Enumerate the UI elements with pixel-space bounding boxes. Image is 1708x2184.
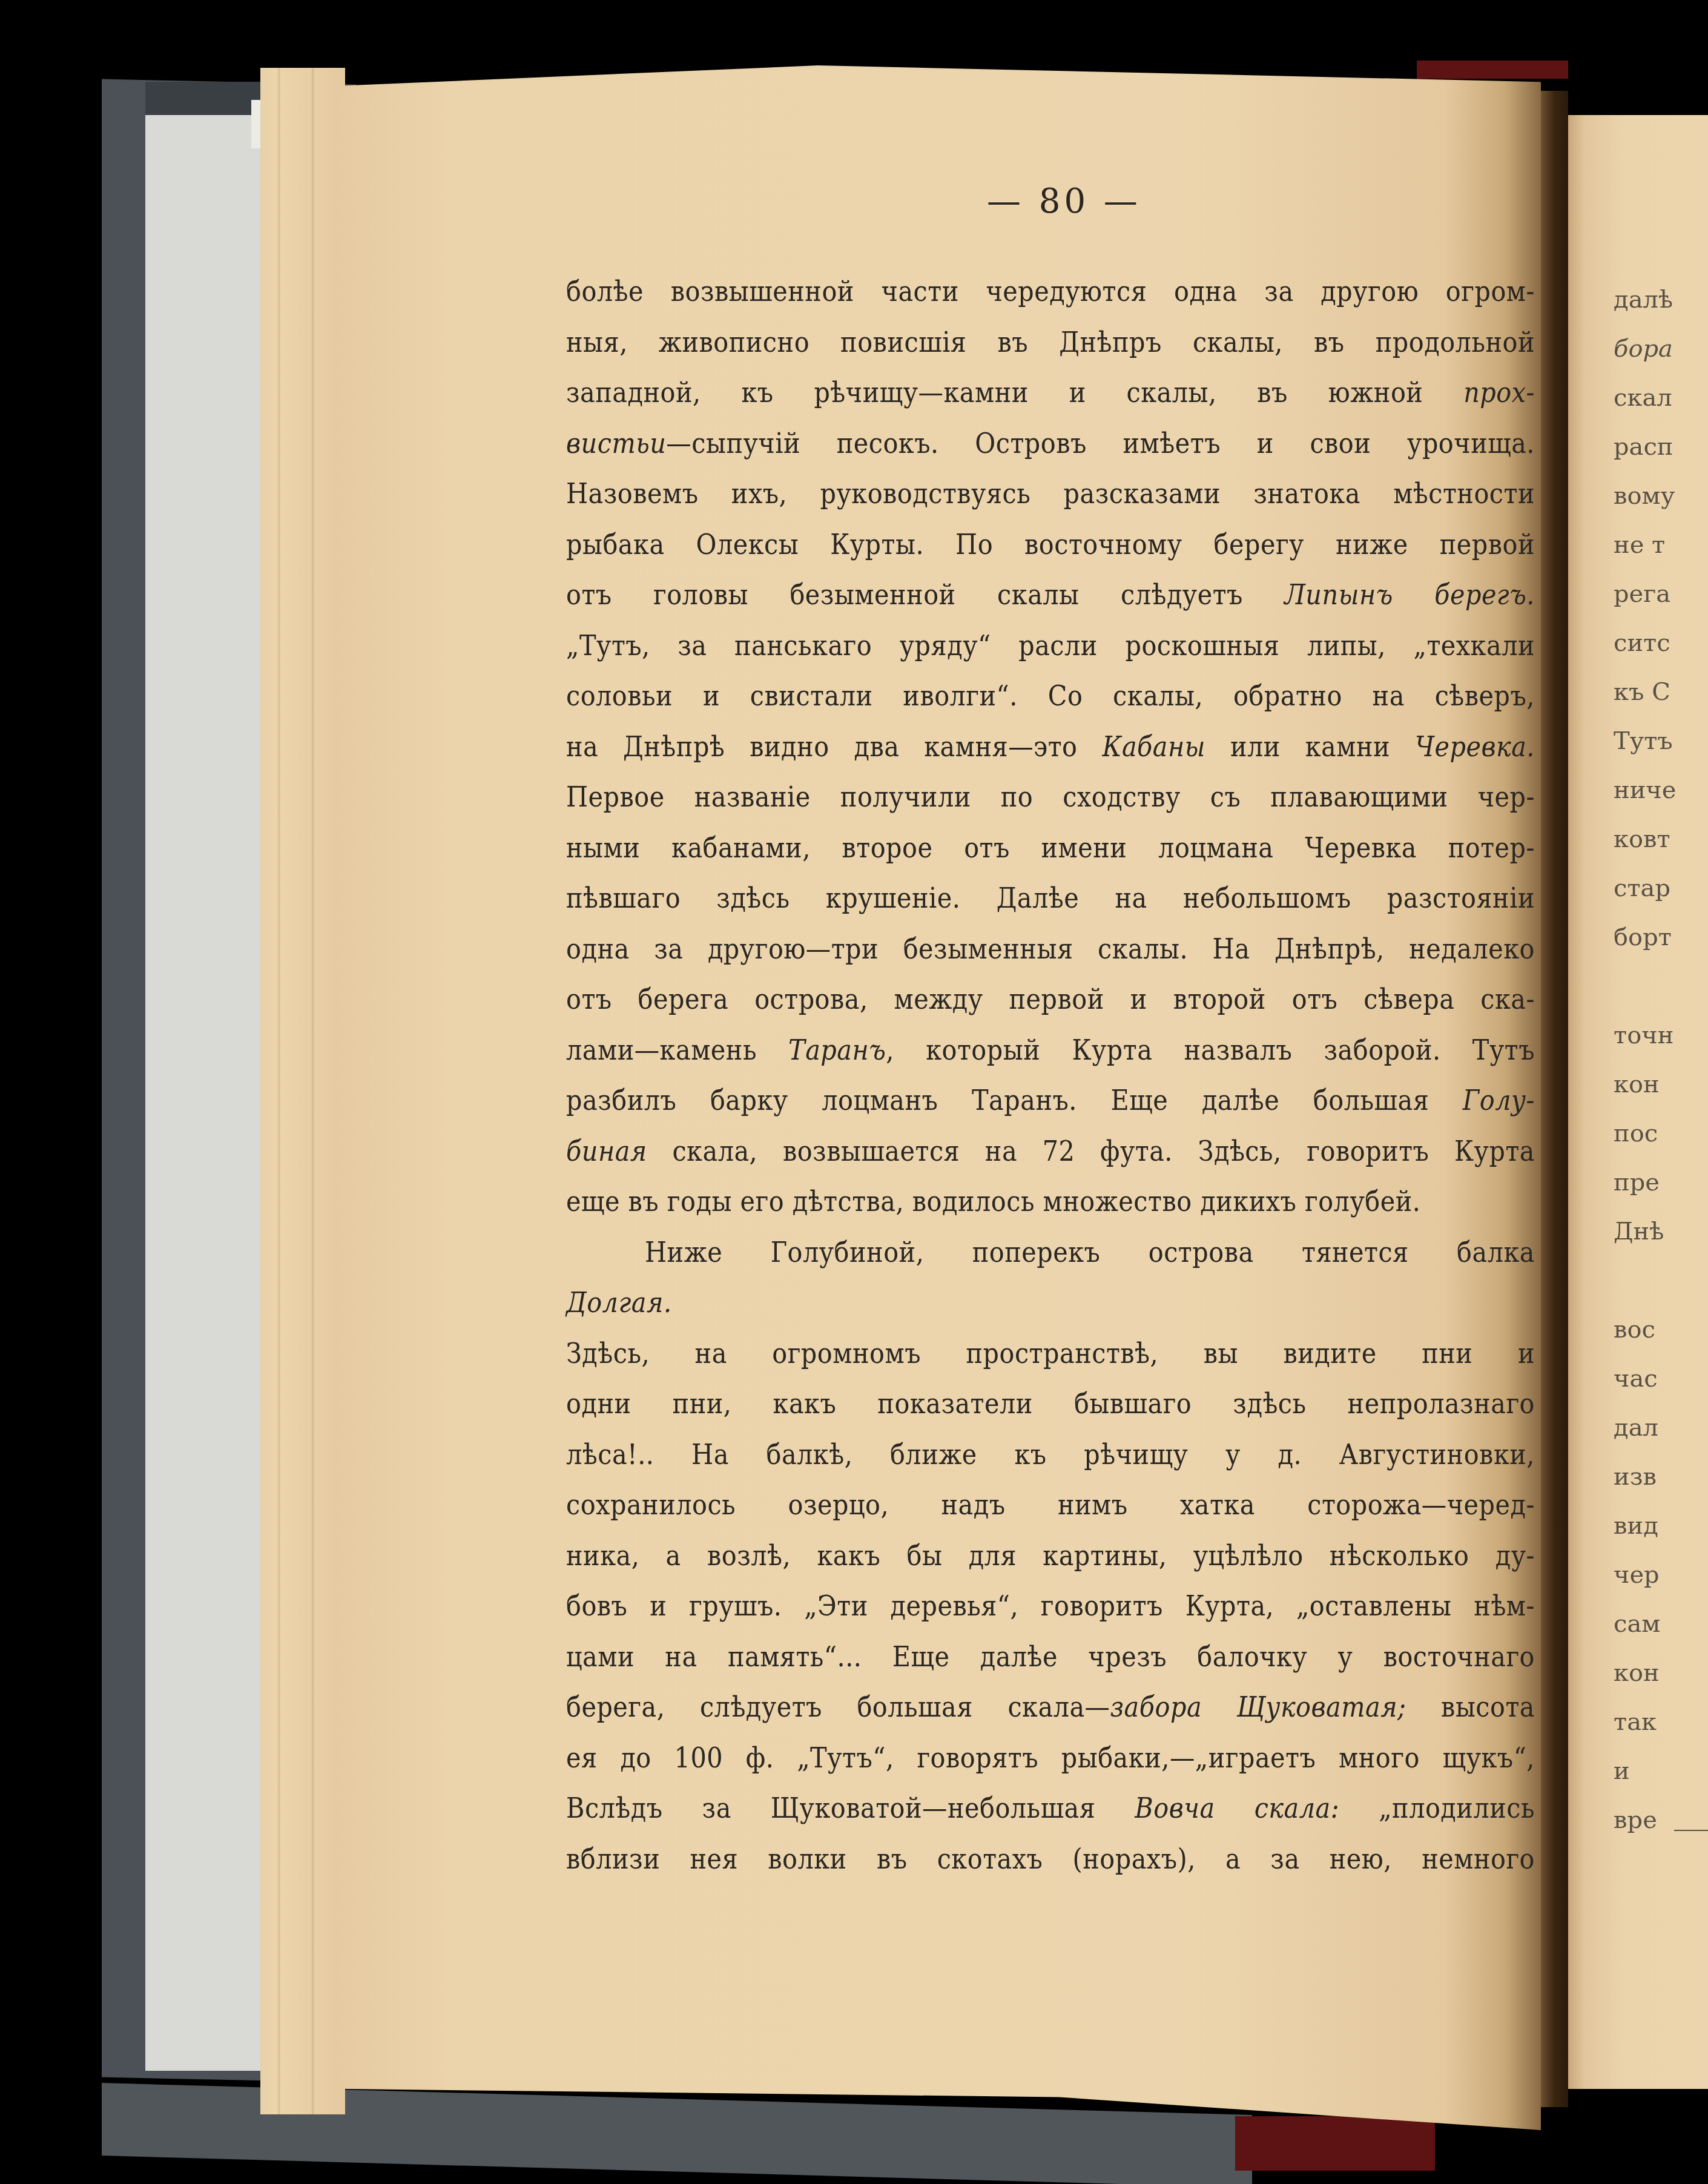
text-run: , который Курта назвалъ заборой. Тутъ [886, 1034, 1535, 1066]
text-line: Вслѣдъ за Щуковатой—небольшая Вовча скал… [566, 1783, 1535, 1834]
right-page-text-fragments: далѣбораскалраспвомуне трегаситскъ СТутъ… [1614, 275, 1676, 1845]
right-page-line-fragment: бора [1614, 325, 1676, 374]
page-body-text: болѣе возвышенной части чередуются одна … [566, 266, 1535, 1884]
italic-term: забора Щуковатая; [1110, 1691, 1406, 1723]
right-page-line-fragment: борт [1614, 913, 1676, 962]
text-run: одни пни, какъ показатели бывшаго здѣсь … [566, 1387, 1535, 1420]
text-run: на Днѣпрѣ видно два камня—это [566, 730, 1102, 763]
text-line: лѣса!.. На балкѣ, ближе къ рѣчищу у д. А… [566, 1430, 1535, 1480]
text-line: цами на память“... Еще далѣе чрезъ балоч… [566, 1632, 1535, 1683]
right-page-line-fragment: изв [1614, 1453, 1676, 1502]
right-page-line-fragment: далѣ [1614, 275, 1676, 325]
italic-term: прох- [1463, 376, 1535, 409]
text-line: отъ головы безыменной скалы слѣдуетъ Лип… [566, 570, 1535, 621]
text-line: сохранилось озерцо, надъ нимъ хатка стор… [566, 1480, 1535, 1531]
gutter [1541, 91, 1568, 2107]
text-line: Долгая. [566, 1278, 1535, 1328]
text-line: Здѣсь, на огромномъ пространствѣ, вы вид… [566, 1328, 1535, 1379]
text-line: соловьи и свистали иволги“. Со скалы, об… [566, 671, 1535, 722]
right-page-line-fragment: сам [1614, 1600, 1676, 1649]
right-page-line-fragment: ситс [1614, 619, 1676, 668]
text-line: Первое названіе получили по сходству съ … [566, 772, 1535, 823]
text-line: лами—камень Таранъ, который Курта назвал… [566, 1025, 1535, 1076]
italic-term: Таранъ [788, 1034, 886, 1066]
text-line: берега, слѣдуетъ большая скала—забора Щу… [566, 1682, 1535, 1733]
right-page-line-fragment: чер [1614, 1551, 1676, 1600]
text-run: ея до 100 ф. „Тутъ“, говорятъ рыбаки,—„и… [566, 1741, 1535, 1774]
text-run: отъ головы безыменной скалы слѣдуетъ [566, 578, 1284, 611]
text-line: вистьи—сыпучій песокъ. Островъ имѣетъ и … [566, 418, 1535, 469]
right-page-line-fragment: стар [1614, 864, 1676, 913]
text-line: ника, а возлѣ, какъ бы для картины, уцѣл… [566, 1531, 1535, 1582]
text-run: лѣса!.. На балкѣ, ближе къ рѣчищу у д. А… [566, 1438, 1535, 1471]
right-page-line-fragment: кон [1614, 1649, 1676, 1698]
right-page-line-fragment: расп [1614, 423, 1676, 472]
right-page-line-fragment: час [1614, 1354, 1676, 1404]
right-page-line-fragment: так [1614, 1698, 1676, 1747]
flyleaf [145, 115, 266, 2071]
text-line: болѣе возвышенной части чередуются одна … [566, 266, 1535, 317]
right-page-line-fragment: ниче [1614, 766, 1676, 815]
right-page-line-fragment [1614, 1256, 1676, 1305]
text-run: рыбака Олексы Курты. По восточному берег… [566, 528, 1535, 561]
text-run: западной, къ рѣчищу—камни и скалы, въ юж… [566, 376, 1463, 409]
right-page-line-fragment: рега [1614, 570, 1676, 619]
italic-term: вистьи [566, 427, 666, 460]
text-line: Ниже Голубиной, поперекъ острова тянется… [566, 1227, 1535, 1278]
text-run: —сыпучій песокъ. Островъ имѣетъ и свои у… [666, 427, 1535, 460]
right-page-line-fragment: кон [1614, 1060, 1676, 1109]
text-run: высота [1406, 1691, 1535, 1723]
text-run: ныя, живописно повисшія въ Днѣпръ скалы,… [566, 326, 1535, 358]
text-line: ныя, живописно повисшія въ Днѣпръ скалы,… [566, 317, 1535, 368]
text-run: или камни [1205, 730, 1415, 763]
text-run: еще въ годы его дѣтства, водилось множес… [566, 1185, 1420, 1218]
right-page-line-fragment: пре [1614, 1158, 1676, 1207]
right-page-line-fragment: вид [1614, 1502, 1676, 1551]
right-page-line-fragment: къ С [1614, 668, 1676, 717]
right-page-line-fragment: вре [1614, 1796, 1676, 1845]
right-page-line-fragment: Днѣ [1614, 1207, 1676, 1256]
text-line: на Днѣпрѣ видно два камня—это Кабаны или… [566, 722, 1535, 773]
text-line: рыбака Олексы Курты. По восточному берег… [566, 520, 1535, 570]
page-edges [260, 68, 345, 2114]
spine-red-top [1417, 61, 1568, 79]
text-line: отъ берега острова, между первой и второ… [566, 974, 1535, 1025]
text-line: ными кабанами, второе отъ имени лоцмана … [566, 823, 1535, 874]
text-run: Назовемъ ихъ, руководствуясь разсказами … [566, 477, 1535, 510]
italic-term: Вовча скала: [1135, 1792, 1339, 1824]
right-page-line-fragment: и [1614, 1747, 1676, 1796]
italic-term: Черевка. [1415, 730, 1535, 763]
text-line: ея до 100 ф. „Тутъ“, говорятъ рыбаки,—„и… [566, 1733, 1535, 1784]
text-run: разбилъ барку лоцманъ Таранъ. Еще далѣе … [566, 1084, 1463, 1117]
italic-term: Долгая. [566, 1286, 672, 1319]
text-run: сохранилось озерцо, надъ нимъ хатка стор… [566, 1488, 1535, 1521]
right-page-line-fragment: дал [1614, 1404, 1676, 1453]
italic-term: Голу- [1463, 1084, 1535, 1117]
text-run: одна за другою—три безыменныя скалы. На … [566, 932, 1535, 965]
text-run: лами—камень [566, 1034, 788, 1066]
text-line: одни пни, какъ показатели бывшаго здѣсь … [566, 1379, 1535, 1430]
italic-term: Кабаны [1102, 730, 1205, 763]
right-page-line-fragment: пос [1614, 1109, 1676, 1158]
text-line: пѣвшаго здѣсь крушеніе. Далѣе на небольш… [566, 873, 1535, 924]
text-run: Здѣсь, на огромномъ пространствѣ, вы вид… [566, 1337, 1535, 1370]
text-line: вблизи нея волки въ скотахъ (норахъ), а … [566, 1834, 1535, 1885]
right-page-line-fragment: вос [1614, 1305, 1676, 1354]
page-number: — 80 — [987, 182, 1141, 221]
text-run: пѣвшаго здѣсь крушеніе. Далѣе на небольш… [566, 882, 1535, 914]
text-line: бовъ и грушъ. „Эти деревья“, говоритъ Ку… [566, 1581, 1535, 1632]
text-line: Назовемъ ихъ, руководствуясь разсказами … [566, 469, 1535, 520]
text-line: разбилъ барку лоцманъ Таранъ. Еще далѣе … [566, 1075, 1535, 1126]
text-line: одна за другою—три безыменныя скалы. На … [566, 924, 1535, 975]
right-page-line-fragment [1614, 962, 1676, 1011]
right-page-line-fragment: скал [1614, 374, 1676, 423]
text-line: еще въ годы его дѣтства, водилось множес… [566, 1176, 1535, 1227]
text-run: „плодились [1339, 1792, 1535, 1824]
text-run: „Тутъ, за панськаго уряду“ расли роскошн… [566, 629, 1535, 662]
text-line: „Тутъ, за панськаго уряду“ расли роскошн… [566, 621, 1535, 671]
text-run: соловьи и свистали иволги“. Со скалы, об… [566, 679, 1535, 712]
text-run: отъ берега острова, между первой и второ… [566, 983, 1535, 1015]
right-page-line-fragment: не т [1614, 521, 1676, 570]
spine-red-bottom [1235, 2116, 1435, 2171]
text-run: цами на память“... Еще далѣе чрезъ балоч… [566, 1640, 1535, 1673]
text-run: Первое названіе получили по сходству съ … [566, 780, 1535, 813]
text-run: Вслѣдъ за Щуковатой—небольшая [566, 1792, 1135, 1824]
right-page-line-fragment: Тутъ [1614, 717, 1676, 766]
text-line: биная скала, возвышается на 72 фута. Здѣ… [566, 1126, 1535, 1177]
text-run: болѣе возвышенной части чередуются одна … [566, 275, 1535, 308]
right-page-line-fragment: вому [1614, 472, 1676, 521]
text-run: Ниже Голубиной, поперекъ острова тянется… [645, 1236, 1535, 1269]
text-run: скала, возвышается на 72 фута. Здѣсь, го… [647, 1135, 1535, 1167]
text-run: берега, слѣдуетъ большая скала— [566, 1691, 1110, 1723]
italic-term: биная [566, 1135, 647, 1167]
text-run: ника, а возлѣ, какъ бы для картины, уцѣл… [566, 1539, 1535, 1572]
text-run: бовъ и грушъ. „Эти деревья“, говоритъ Ку… [566, 1589, 1535, 1622]
right-page-line-fragment: точн [1614, 1011, 1676, 1060]
right-page-line-fragment: ковт [1614, 815, 1676, 864]
text-run: вблизи нея волки въ скотахъ (норахъ), а … [566, 1843, 1535, 1875]
text-run: ными кабанами, второе отъ имени лоцмана … [566, 831, 1535, 864]
italic-term: Липынъ берегъ. [1284, 578, 1535, 611]
footnote-rule [1674, 1830, 1708, 1831]
text-line: западной, къ рѣчищу—камни и скалы, въ юж… [566, 368, 1535, 418]
